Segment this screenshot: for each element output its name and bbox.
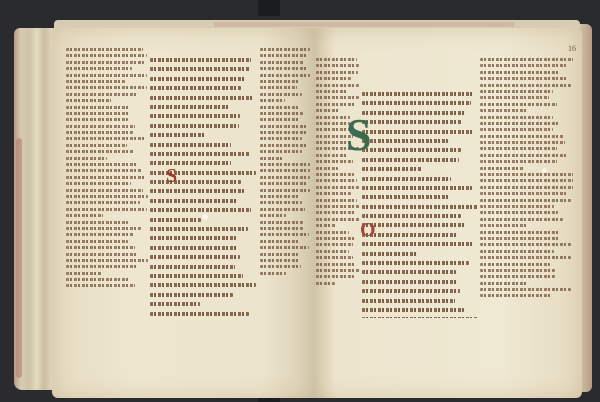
text-line xyxy=(480,237,559,240)
text-line xyxy=(150,208,251,212)
text-line xyxy=(480,199,571,202)
left-gloss-outer xyxy=(260,48,312,310)
light-glare xyxy=(542,168,547,173)
text-line xyxy=(150,274,243,278)
text-line xyxy=(260,125,306,128)
text-line xyxy=(260,48,310,51)
text-line xyxy=(66,189,143,192)
text-line xyxy=(260,169,310,172)
text-line xyxy=(362,233,458,237)
text-line xyxy=(480,256,571,259)
text-line xyxy=(150,152,250,156)
text-line xyxy=(362,167,422,171)
text-line xyxy=(260,54,307,57)
text-line xyxy=(480,84,571,87)
text-line xyxy=(260,67,308,70)
text-line xyxy=(316,224,336,227)
text-line xyxy=(480,154,567,157)
text-line xyxy=(362,242,473,246)
text-line xyxy=(150,265,235,269)
text-line xyxy=(316,269,360,272)
text-line xyxy=(260,163,310,166)
text-line xyxy=(260,233,309,236)
text-line xyxy=(362,299,455,303)
text-line xyxy=(316,231,349,234)
text-line xyxy=(260,74,310,77)
text-line xyxy=(316,71,358,74)
folio-number: 16 xyxy=(568,44,576,53)
text-line xyxy=(480,269,555,272)
text-line xyxy=(316,64,359,67)
text-line xyxy=(480,103,557,106)
text-line xyxy=(362,139,448,143)
text-line xyxy=(480,218,563,221)
text-line xyxy=(150,236,236,240)
text-line xyxy=(150,133,205,137)
text-line xyxy=(150,114,240,118)
text-line xyxy=(260,272,286,275)
text-line xyxy=(150,218,201,222)
text-line xyxy=(150,180,241,184)
text-line xyxy=(362,130,474,134)
text-line xyxy=(66,163,138,166)
text-line xyxy=(260,99,285,102)
text-line xyxy=(480,160,557,163)
text-line xyxy=(260,176,310,179)
text-line xyxy=(260,259,300,262)
text-line xyxy=(362,205,478,209)
text-line xyxy=(316,116,350,119)
text-line xyxy=(316,256,353,259)
text-line xyxy=(66,214,103,217)
text-line xyxy=(316,167,338,170)
text-line xyxy=(66,278,130,281)
text-line xyxy=(362,223,465,227)
text-line xyxy=(480,147,557,150)
text-line xyxy=(66,227,141,230)
text-line xyxy=(66,169,142,172)
text-line xyxy=(316,282,335,285)
text-line xyxy=(480,243,571,246)
red-initial-o: O xyxy=(360,220,376,240)
text-line xyxy=(66,157,107,160)
text-line xyxy=(260,189,310,192)
text-line xyxy=(66,131,133,134)
text-line xyxy=(66,182,131,185)
text-line xyxy=(66,272,102,275)
text-line xyxy=(260,61,304,64)
text-line xyxy=(150,67,250,71)
text-line xyxy=(66,112,130,115)
text-line xyxy=(316,109,340,112)
text-line xyxy=(66,221,128,224)
text-line xyxy=(66,99,111,102)
text-line xyxy=(362,270,456,274)
text-line xyxy=(150,283,256,287)
text-line xyxy=(316,192,351,195)
text-line xyxy=(480,167,524,170)
text-line xyxy=(316,250,349,253)
text-line xyxy=(480,141,565,144)
left-main-text xyxy=(150,58,256,316)
text-line xyxy=(150,302,200,306)
text-line xyxy=(66,201,140,204)
text-line xyxy=(150,161,231,165)
text-line xyxy=(480,90,553,93)
text-line xyxy=(480,109,527,112)
green-initial-s: S xyxy=(346,112,372,158)
text-line xyxy=(260,112,303,115)
text-line xyxy=(260,182,307,185)
text-line xyxy=(260,150,302,153)
text-line xyxy=(316,199,357,202)
open-codex: S 16 S O xyxy=(14,14,592,392)
text-line xyxy=(66,74,147,77)
left-page: S xyxy=(52,28,314,398)
text-line xyxy=(362,317,478,318)
text-line xyxy=(260,144,307,147)
text-line xyxy=(66,61,144,64)
text-line xyxy=(362,186,472,190)
text-line xyxy=(480,179,573,182)
text-line xyxy=(480,263,550,266)
text-line xyxy=(66,125,135,128)
text-line xyxy=(66,259,148,262)
text-line xyxy=(260,201,302,204)
text-line xyxy=(480,64,566,67)
text-line xyxy=(150,143,231,147)
text-line xyxy=(480,128,553,131)
text-line xyxy=(316,160,353,163)
left-gloss-inner xyxy=(66,48,148,308)
text-line xyxy=(316,154,348,157)
text-line xyxy=(260,93,302,96)
text-line xyxy=(66,195,148,198)
text-line xyxy=(260,80,299,83)
text-line xyxy=(316,128,349,131)
text-line xyxy=(260,265,301,268)
text-line xyxy=(316,84,359,87)
text-line xyxy=(150,199,237,203)
text-line xyxy=(66,208,147,211)
text-line xyxy=(362,120,462,124)
text-line xyxy=(66,176,146,179)
light-glare xyxy=(202,214,208,220)
text-line xyxy=(362,308,464,312)
text-line xyxy=(362,148,461,152)
text-line xyxy=(316,237,356,240)
text-line xyxy=(480,135,564,138)
text-line xyxy=(480,224,528,227)
text-line xyxy=(66,284,135,287)
text-line xyxy=(480,116,553,119)
text-line xyxy=(260,106,300,109)
text-line xyxy=(362,177,451,181)
text-line xyxy=(66,233,134,236)
red-initial-s: S xyxy=(166,166,177,186)
text-line xyxy=(480,77,568,80)
text-line xyxy=(316,263,355,266)
text-line xyxy=(260,227,303,230)
text-line xyxy=(150,77,245,81)
text-line xyxy=(66,106,129,109)
text-line xyxy=(150,105,229,109)
text-line xyxy=(150,189,244,193)
text-line xyxy=(260,253,298,256)
text-line xyxy=(66,80,125,83)
text-line xyxy=(260,118,300,121)
text-line xyxy=(480,96,549,99)
text-line xyxy=(362,101,471,105)
text-line xyxy=(316,77,351,80)
text-line xyxy=(480,205,554,208)
text-line xyxy=(260,246,309,249)
text-line xyxy=(480,282,528,285)
text-line xyxy=(66,150,134,153)
text-line xyxy=(66,246,135,249)
text-line xyxy=(316,243,353,246)
text-line xyxy=(316,218,360,221)
text-line xyxy=(316,96,359,99)
text-line xyxy=(316,211,356,214)
text-line xyxy=(150,255,240,259)
text-line xyxy=(480,186,573,189)
text-line xyxy=(150,58,251,62)
text-line xyxy=(316,58,357,61)
text-line xyxy=(260,157,284,160)
right-page: 16 S O xyxy=(314,28,582,398)
text-line xyxy=(260,240,300,243)
text-line xyxy=(66,253,138,256)
text-line xyxy=(260,195,300,198)
text-line xyxy=(316,179,357,182)
text-line xyxy=(362,111,466,115)
text-line xyxy=(150,124,239,128)
text-line xyxy=(150,227,248,231)
text-line xyxy=(480,71,560,74)
text-line xyxy=(150,86,241,90)
text-line xyxy=(150,96,253,100)
text-line xyxy=(150,293,233,297)
text-line xyxy=(66,240,128,243)
text-line xyxy=(260,86,297,89)
text-line xyxy=(66,86,147,89)
text-line xyxy=(260,214,286,217)
text-line xyxy=(480,192,566,195)
text-line xyxy=(480,58,573,61)
text-line xyxy=(260,208,305,211)
text-line xyxy=(150,312,249,316)
text-line xyxy=(66,93,138,96)
text-line xyxy=(316,275,354,278)
text-line xyxy=(480,122,560,125)
text-line xyxy=(150,246,238,250)
manuscript-photograph: S 16 S O xyxy=(0,0,600,402)
text-line xyxy=(480,294,551,297)
text-line xyxy=(260,221,303,224)
text-line xyxy=(480,250,554,253)
text-line xyxy=(66,118,128,121)
text-line xyxy=(480,288,571,291)
text-line xyxy=(362,92,473,96)
text-line xyxy=(480,275,555,278)
text-line xyxy=(66,48,143,51)
text-line xyxy=(316,186,359,189)
text-line xyxy=(66,265,137,268)
text-line xyxy=(66,54,147,57)
text-line xyxy=(316,205,360,208)
right-main-text xyxy=(362,92,478,318)
text-line xyxy=(362,252,417,256)
text-line xyxy=(66,137,145,140)
text-line xyxy=(260,131,306,134)
text-line xyxy=(362,158,459,162)
text-line xyxy=(66,144,127,147)
right-gloss-outer xyxy=(480,58,576,316)
text-line xyxy=(316,103,355,106)
text-line xyxy=(362,261,469,265)
text-line xyxy=(66,67,132,70)
right-gloss-inner xyxy=(316,58,360,314)
text-line xyxy=(316,173,354,176)
text-line xyxy=(362,289,460,293)
text-line xyxy=(362,195,450,199)
text-line xyxy=(480,173,573,176)
text-line xyxy=(480,211,558,214)
text-line xyxy=(362,214,461,218)
text-line xyxy=(316,90,348,93)
text-line xyxy=(260,137,302,140)
text-line xyxy=(480,231,559,234)
text-line xyxy=(362,280,458,284)
